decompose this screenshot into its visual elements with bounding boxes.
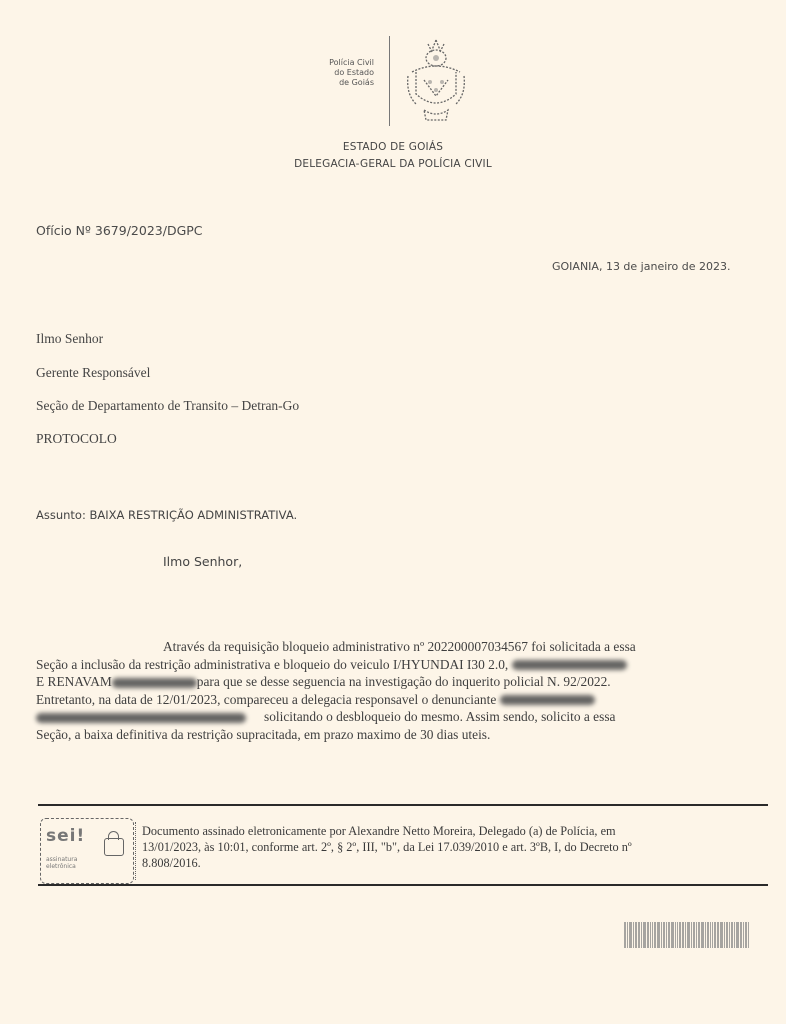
addressee-department: Seção de Departamento de Transito – Detr… bbox=[36, 398, 299, 414]
seal-caption-1: assinatura bbox=[46, 856, 77, 863]
body-line-3-start: E RENAVAM bbox=[36, 674, 112, 689]
signature-bottom-rule bbox=[38, 884, 768, 886]
state-name: ESTADO DE GOIÁS bbox=[0, 141, 786, 153]
body-line-1: Através da requisição bloqueio administr… bbox=[36, 638, 746, 656]
redacted-complainant bbox=[500, 695, 595, 705]
body-line-3-end: para que se desse seguencia na investiga… bbox=[197, 674, 611, 689]
org-line-3: de Goiás bbox=[300, 78, 374, 88]
goias-coat-of-arms-icon bbox=[402, 36, 470, 126]
addressee-role: Gerente Responsável bbox=[36, 365, 150, 381]
body-line-6: Seção, a baixa definitiva da restrição s… bbox=[36, 726, 746, 744]
redacted-renavam bbox=[112, 678, 197, 688]
redacted-complainant-name bbox=[36, 713, 246, 723]
seal-caption-2: eletrônica bbox=[46, 863, 77, 870]
body-line-3: E RENAVAMpara que se desse seguencia na … bbox=[36, 673, 746, 691]
addressee-title: Ilmo Senhor bbox=[36, 331, 103, 347]
body-line-4-text: Entretanto, na data de 12/01/2023, compa… bbox=[36, 692, 496, 707]
signature-line-2: 13/01/2023, às 10:01, conforme art. 2º, … bbox=[142, 839, 762, 855]
electronic-signature-text: Documento assinado eletronicamente por A… bbox=[142, 823, 762, 871]
signature-top-rule bbox=[38, 804, 768, 806]
signature-line-3: 8.808/2016. bbox=[142, 855, 762, 871]
lock-icon bbox=[104, 838, 124, 856]
body-line-5-text: solicitando o desbloqueio do mesmo. Assi… bbox=[264, 709, 615, 724]
header-divider bbox=[389, 36, 390, 126]
salutation: Ilmo Senhor, bbox=[163, 554, 242, 569]
seal-separator bbox=[135, 822, 137, 880]
barcode-icon bbox=[624, 922, 774, 948]
body-line-2: Seção a inclusão da restrição administra… bbox=[36, 656, 746, 674]
place-date: GOIANIA, 13 de janeiro de 2023. bbox=[552, 260, 731, 273]
body-line-5: solicitando o desbloqueio do mesmo. Assi… bbox=[36, 708, 746, 726]
addressee-protocol: PROTOCOLO bbox=[36, 431, 117, 447]
signature-line-1: Documento assinado eletronicamente por A… bbox=[142, 823, 762, 839]
org-name: Polícia Civil do Estado de Goiás bbox=[300, 58, 374, 88]
redacted-plate bbox=[512, 660, 627, 670]
sei-logo: sei! bbox=[46, 826, 85, 846]
department-name: DELEGACIA-GERAL DA POLÍCIA CIVIL bbox=[0, 158, 786, 170]
body-line-2-text: Seção a inclusão da restrição administra… bbox=[36, 657, 508, 672]
org-line-2: do Estado bbox=[300, 68, 374, 78]
sei-seal-caption: assinatura eletrônica bbox=[46, 856, 77, 870]
org-line-1: Polícia Civil bbox=[300, 58, 374, 68]
body-line-4: Entretanto, na data de 12/01/2023, compa… bbox=[36, 691, 746, 709]
document-reference: Ofício Nº 3679/2023/DGPC bbox=[36, 223, 203, 238]
subject-line: Assunto: BAIXA RESTRIÇÃO ADMINISTRATIVA. bbox=[36, 508, 297, 522]
letter-body: Através da requisição bloqueio administr… bbox=[36, 638, 746, 743]
